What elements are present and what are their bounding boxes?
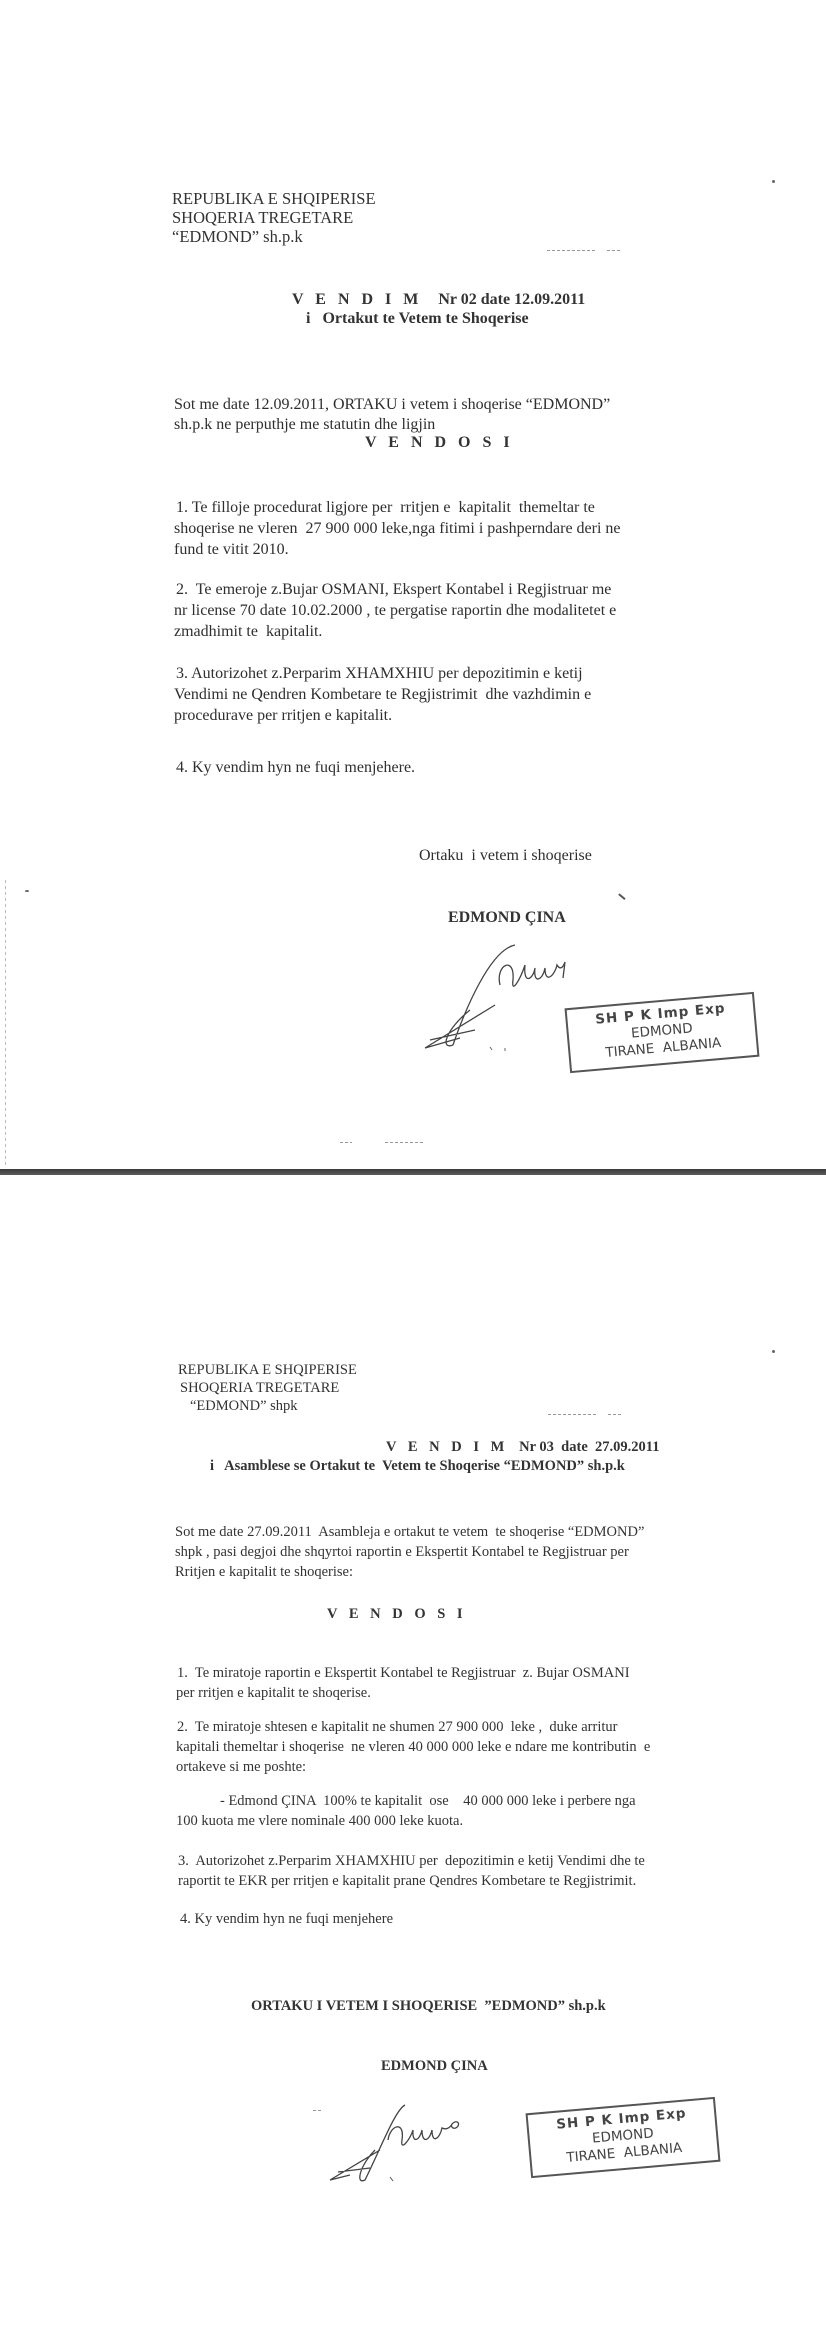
scan-dot-artifact [772, 180, 775, 183]
intro-line-2: sh.p.k ne perputhje me statutin dhe ligj… [174, 414, 435, 435]
document-page-2: REPUBLIKA E SHQIPERISE SHOQERIA TREGETAR… [0, 1175, 826, 2338]
item-2-line-2: nr license 70 date 10.02.2000 , te perga… [174, 600, 616, 621]
shareholder-line-2: 100 kuota me vlere nominale 400 000 leke… [176, 1811, 463, 1831]
scan-edge-artifact [5, 880, 6, 1165]
scan-dot-artifact [772, 1350, 775, 1353]
signatory-role: Ortaku i vetem i shoqerise [419, 845, 592, 866]
scan-dot-artifact [25, 890, 29, 892]
header-republic: REPUBLIKA E SHQIPERISE [172, 189, 376, 208]
header-company-name: “EDMOND” shpk [190, 1396, 298, 1416]
item-3-line-1: 3. Autorizohet z.Perparim XHAMXHIU per d… [176, 663, 583, 684]
decision-word: V E N D I M [292, 291, 422, 308]
item-4-line-1: 4. Ky vendim hyn ne fuqi menjehere. [176, 757, 415, 778]
item-4-line-1: 4. Ky vendim hyn ne fuqi menjehere [180, 1909, 393, 1929]
scan-smudge [548, 1414, 598, 1415]
scan-smudge [385, 1142, 425, 1143]
shareholder-line-1: - Edmond ÇINA 100% te kapitalit ose 40 0… [220, 1791, 636, 1811]
intro-line-1: Sot me date 27.09.2011 Asambleja e ortak… [175, 1522, 644, 1542]
item-2-line-1: 2. Te emeroje z.Bujar OSMANI, Ekspert Ko… [176, 579, 611, 600]
intro-line-2: shpk , pasi degjoi dhe shqyrtoi raportin… [175, 1542, 629, 1562]
intro-line-1: Sot me date 12.09.2011, ORTAKU i vetem i… [174, 394, 610, 415]
item-1-line-1: 1. Te filloje procedurat ligjore per rri… [176, 497, 595, 518]
decision-title: V E N D I M Nr 03 date 27.09.2011 [386, 1439, 659, 1456]
header-republic: REPUBLIKA E SHQIPERISE [178, 1360, 357, 1380]
vendosi-heading: V E N D O S I [327, 1606, 467, 1623]
item-2-line-1: 2. Te miratoje shtesen e kapitalit ne sh… [177, 1717, 617, 1737]
scan-smudge [313, 2110, 323, 2111]
scan-smudge [340, 1142, 352, 1143]
item-1-line-2: per rritjen e kapitalit te shoqerise. [176, 1683, 371, 1703]
company-stamp: SH P K Imp Exp EDMOND TIRANE ALBANIA [526, 2097, 721, 2178]
decision-title: V E N D I M Nr 02 date 12.09.2011 [292, 291, 585, 309]
scan-smudge [547, 250, 597, 251]
item-2-line-3: ortakeve si me poshte: [176, 1757, 306, 1777]
item-3-line-2: raportit te EKR per rritjen e kapitalit … [178, 1871, 636, 1891]
decision-number-date: Nr 03 date 27.09.2011 [519, 1439, 659, 1455]
item-1-line-3: fund te vitit 2010. [174, 539, 289, 560]
vendosi-heading: V E N D O S I [365, 434, 514, 452]
item-3-line-3: procedurave per rritjen e kapitalit. [174, 705, 392, 726]
signatory-role: ORTAKU I VETEM I SHOQERISE ”EDMOND” sh.p… [251, 1998, 606, 2015]
item-3-line-2: Vendimi ne Qendren Kombetare te Regjistr… [174, 684, 591, 705]
accent-mark [614, 893, 625, 904]
item-2-line-3: zmadhimit te kapitalit. [174, 621, 322, 642]
signature-icon [310, 2090, 510, 2190]
document-page-1: REPUBLIKA E SHQIPERISE SHOQERIA TREGETAR… [0, 0, 826, 1169]
decision-number-date: Nr 02 date 12.09.2011 [438, 291, 585, 308]
scan-smudge [607, 250, 622, 251]
item-2-line-2: kapitali themeltar i shoqerise ne vleren… [176, 1737, 650, 1757]
intro-line-3: Rritjen e kapitalit te shoqerise: [175, 1562, 353, 1582]
header-company-type: SHOQERIA TREGETARE [172, 208, 353, 227]
decision-subtitle: i Asamblese se Ortakut te Vetem te Shoqe… [210, 1458, 625, 1475]
item-3-line-1: 3. Autorizohet z.Perparim XHAMXHIU per d… [178, 1851, 645, 1871]
header-company-type: SHOQERIA TREGETARE [180, 1378, 339, 1398]
item-1-line-2: shoqerise ne vleren 27 900 000 leke,nga … [174, 518, 621, 539]
scan-smudge [608, 1414, 623, 1415]
decision-word: V E N D I M [386, 1439, 508, 1455]
signatory-name: EDMOND ÇINA [381, 2058, 488, 2075]
item-1-line-1: 1. Te miratoje raportin e Ekspertit Kont… [177, 1663, 630, 1683]
decision-subtitle: i Ortakut te Vetem te Shoqerise [306, 310, 529, 328]
header-company-name: “EDMOND” sh.p.k [172, 227, 303, 246]
